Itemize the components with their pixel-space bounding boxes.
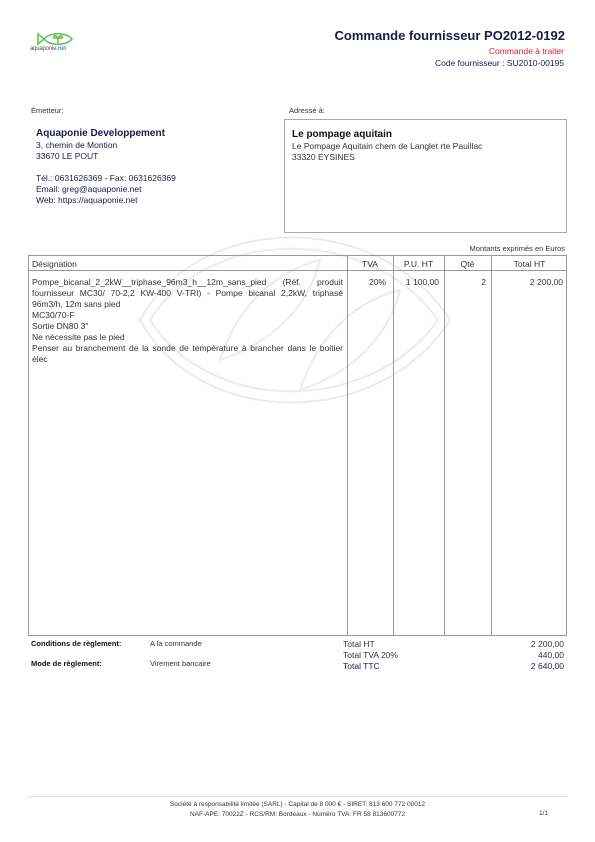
row-tva: 20% — [369, 277, 386, 287]
sender-block: Aquaponie Developpement 3, chemin de Mon… — [36, 128, 176, 206]
currency-note: Montants exprimés en Euros — [470, 244, 565, 253]
table-row-designation: Pompe_bicanal_2_2kW__triphase_96m3_h__12… — [32, 277, 343, 365]
payment-mode-label: Mode de règlement: — [31, 659, 102, 668]
footer-legal: Société à responsabilité limitée (SARL) … — [0, 800, 595, 820]
status-badge: Commande à traiter — [489, 46, 564, 56]
sender-web: Web: https://aquaponie.net — [36, 195, 176, 206]
sender-email: Email: greg@aquaponie.net — [36, 184, 176, 195]
header-total-ht: Total HT — [491, 259, 568, 269]
sender-label: Émetteur: — [31, 106, 64, 115]
total-ht-row: Total HT 2 200,00 — [343, 639, 564, 650]
header-qty: Qté — [444, 259, 491, 269]
recipient-address-line2: 33320 EYSINES — [292, 152, 559, 163]
column-divider — [491, 256, 492, 635]
header-pu-ht: P.U. HT — [393, 259, 444, 269]
sender-phone-fax: Tél.: 0631626369 - Fax: 0631626369 — [36, 173, 176, 184]
order-lines-table: Désignation TVA P.U. HT Qté Total HT Pom… — [28, 255, 567, 636]
page-number: 1/1 — [539, 810, 548, 817]
payment-mode-value: Virement bancaire — [150, 659, 211, 668]
total-tva-row: Total TVA 20% 440,00 — [343, 650, 564, 661]
recipient-label: Adressé à: — [289, 106, 325, 115]
row-qty: 2 — [481, 277, 486, 287]
total-ttc-row: Total TTC 2 640,00 — [343, 661, 564, 672]
header-tva: TVA — [347, 259, 393, 269]
payment-conditions-label: Conditions de règlement: — [31, 639, 121, 648]
footer-divider — [28, 796, 567, 797]
column-divider — [347, 256, 348, 635]
column-divider — [393, 256, 394, 635]
sender-address-line1: 3, chemin de Montion — [36, 140, 176, 151]
sender-name: Aquaponie Developpement — [36, 128, 176, 139]
payment-conditions-value: A la commande — [150, 639, 202, 648]
recipient-address-line1: Le Pompage Aquitain chem de Langlet rte … — [292, 141, 559, 152]
row-pu-ht: 1 100,00 — [406, 277, 439, 287]
logo-wordmark: aquaponie.net — [30, 46, 66, 52]
header-designation: Désignation — [32, 259, 77, 269]
sender-address-line2: 33670 LE POUT — [36, 151, 176, 162]
totals-block: Total HT 2 200,00 Total TVA 20% 440,00 T… — [343, 639, 564, 672]
row-total-ht: 2 200,00 — [530, 277, 563, 287]
recipient-box: Le pompage aquitain Le Pompage Aquitain … — [284, 119, 567, 233]
column-divider — [444, 256, 445, 635]
table-header: Désignation TVA P.U. HT Qté Total HT — [29, 256, 566, 271]
recipient-name: Le pompage aquitain — [292, 129, 559, 140]
supplier-code: Code fournisseur : SU2010-00195 — [435, 58, 564, 68]
page-title: Commande fournisseur PO2012-0192 — [335, 28, 565, 43]
